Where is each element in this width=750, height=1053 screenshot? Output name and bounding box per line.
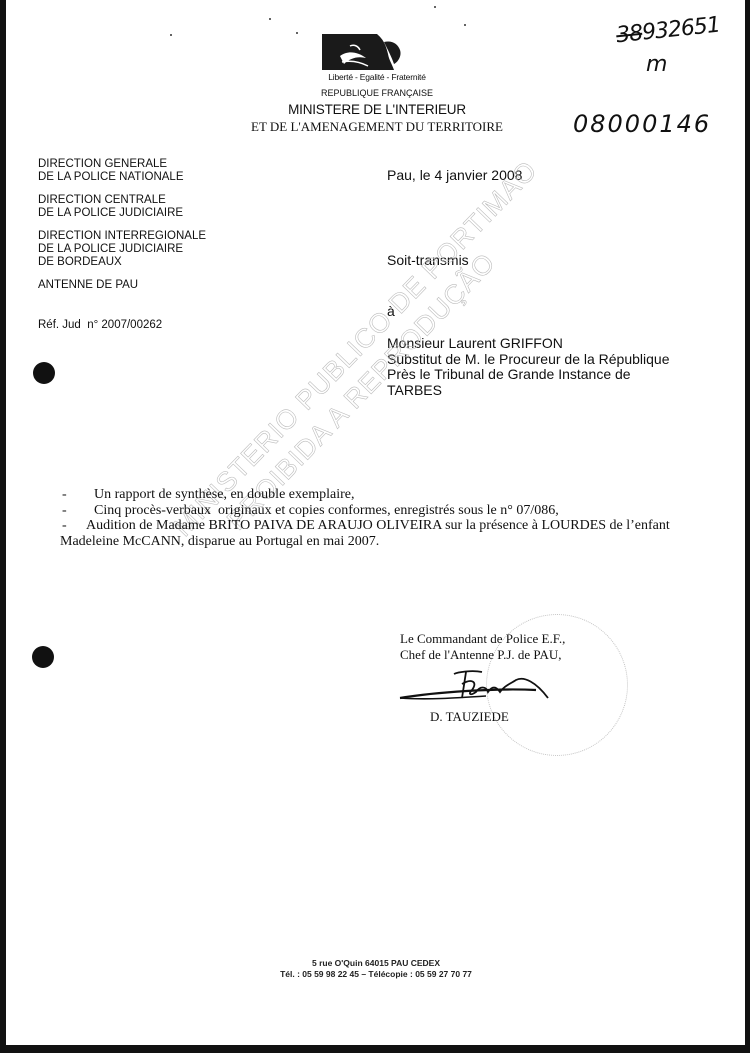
sender-block: DIRECTION GENERALE DE LA POLICE NATIONAL… — [38, 158, 206, 302]
recipient-block: Monsieur Laurent GRIFFON Substitut de M.… — [387, 336, 670, 398]
enclosure-text: Un rapport de synthèse, en double exempl… — [82, 487, 354, 502]
scan-speck — [464, 24, 466, 26]
scanned-letter-page: Liberté - Egalité - Fraternité REPUBLIQU… — [6, 0, 745, 1045]
recipient-court: Près le Tribunal de Grande Instance de — [387, 367, 670, 383]
punch-hole — [33, 362, 55, 384]
signatory-role: Chef de l'Antenne P.J. de PAU, — [400, 647, 565, 663]
sender-line: DIRECTION INTERREGIONALE — [38, 230, 206, 243]
sender-group: DIRECTION CENTRALE DE LA POLICE JUDICIAI… — [38, 194, 206, 220]
republique-francaise: REPUBLIQUE FRANÇAISE — [302, 88, 452, 98]
marianne-logo-icon — [322, 34, 432, 70]
scan-speck — [269, 18, 271, 20]
sender-group: DIRECTION INTERREGIONALE DE LA POLICE JU… — [38, 230, 206, 269]
sender-line: DIRECTION CENTRALE — [38, 194, 206, 207]
signatory-name: D. TAUZIEDE — [430, 709, 509, 725]
handwritten-signature-icon — [396, 668, 576, 713]
scan-speck — [434, 6, 436, 8]
list-dash: - — [62, 487, 82, 503]
signatory-title: Le Commandant de Police E.F., Chef de l'… — [400, 631, 565, 663]
enclosure-text: Audition de Madame BRITO PAIVA DE ARAUJO… — [82, 518, 670, 533]
scan-speck — [296, 32, 298, 34]
sender-line: DIRECTION GENERALE — [38, 158, 206, 171]
signatory-rank: Le Commandant de Police E.F., — [400, 631, 565, 647]
list-dash: - — [62, 503, 82, 519]
sender-line: DE BORDEAUX — [38, 256, 206, 269]
handwritten-doc-number: 08000146 — [573, 110, 711, 138]
sender-line: DE LA POLICE NATIONALE — [38, 171, 206, 184]
footer-address: 5 rue O'Quin 64015 PAU CEDEX — [206, 958, 546, 969]
sender-group: ANTENNE DE PAU — [38, 279, 206, 292]
recipient-title: Substitut de M. le Procureur de la Répub… — [387, 352, 670, 368]
handwritten-reference: 38932651 — [615, 13, 721, 49]
scan-speck — [170, 34, 172, 36]
enclosure-text: Cinq procès-verbaux originaux et copies … — [82, 503, 559, 518]
sender-line: ANTENNE DE PAU — [38, 279, 206, 292]
ministry-subtitle: ET DE L'AMENAGEMENT DU TERRITOIRE — [222, 119, 532, 135]
reference-digits: 932651 — [641, 13, 721, 46]
enclosure-item: -Audition de Madame BRITO PAIVA DE ARAUJ… — [62, 518, 722, 534]
enclosure-list: -Un rapport de synthèse, en double exemp… — [62, 487, 722, 549]
motto: Liberté - Egalité - Fraternité — [312, 72, 442, 82]
sender-group: DIRECTION GENERALE DE LA POLICE NATIONAL… — [38, 158, 206, 184]
enclosure-item: -Cinq procès-verbaux originaux et copies… — [62, 503, 722, 519]
struck-digits: 38 — [615, 21, 643, 49]
list-dash: - — [62, 518, 82, 534]
handwritten-initial: m — [646, 52, 667, 77]
enclosure-continuation: Madeleine McCANN, disparue au Portugal e… — [60, 534, 722, 550]
punch-hole — [32, 646, 54, 668]
recipient-city: TARBES — [387, 383, 670, 399]
footer-phone-fax: Tél. : 05 59 98 22 45 – Télécopie : 05 5… — [206, 969, 546, 980]
sender-line: DE LA POLICE JUDICIAIRE — [38, 243, 206, 256]
ministry-name: MINISTERE DE L'INTERIEUR — [236, 102, 518, 117]
enclosure-item: -Un rapport de synthèse, en double exemp… — [62, 487, 722, 503]
footer-contact: 5 rue O'Quin 64015 PAU CEDEX Tél. : 05 5… — [206, 958, 546, 980]
judicial-reference: Réf. Jud n° 2007/00262 — [38, 319, 162, 331]
sender-line: DE LA POLICE JUDICIAIRE — [38, 207, 206, 220]
